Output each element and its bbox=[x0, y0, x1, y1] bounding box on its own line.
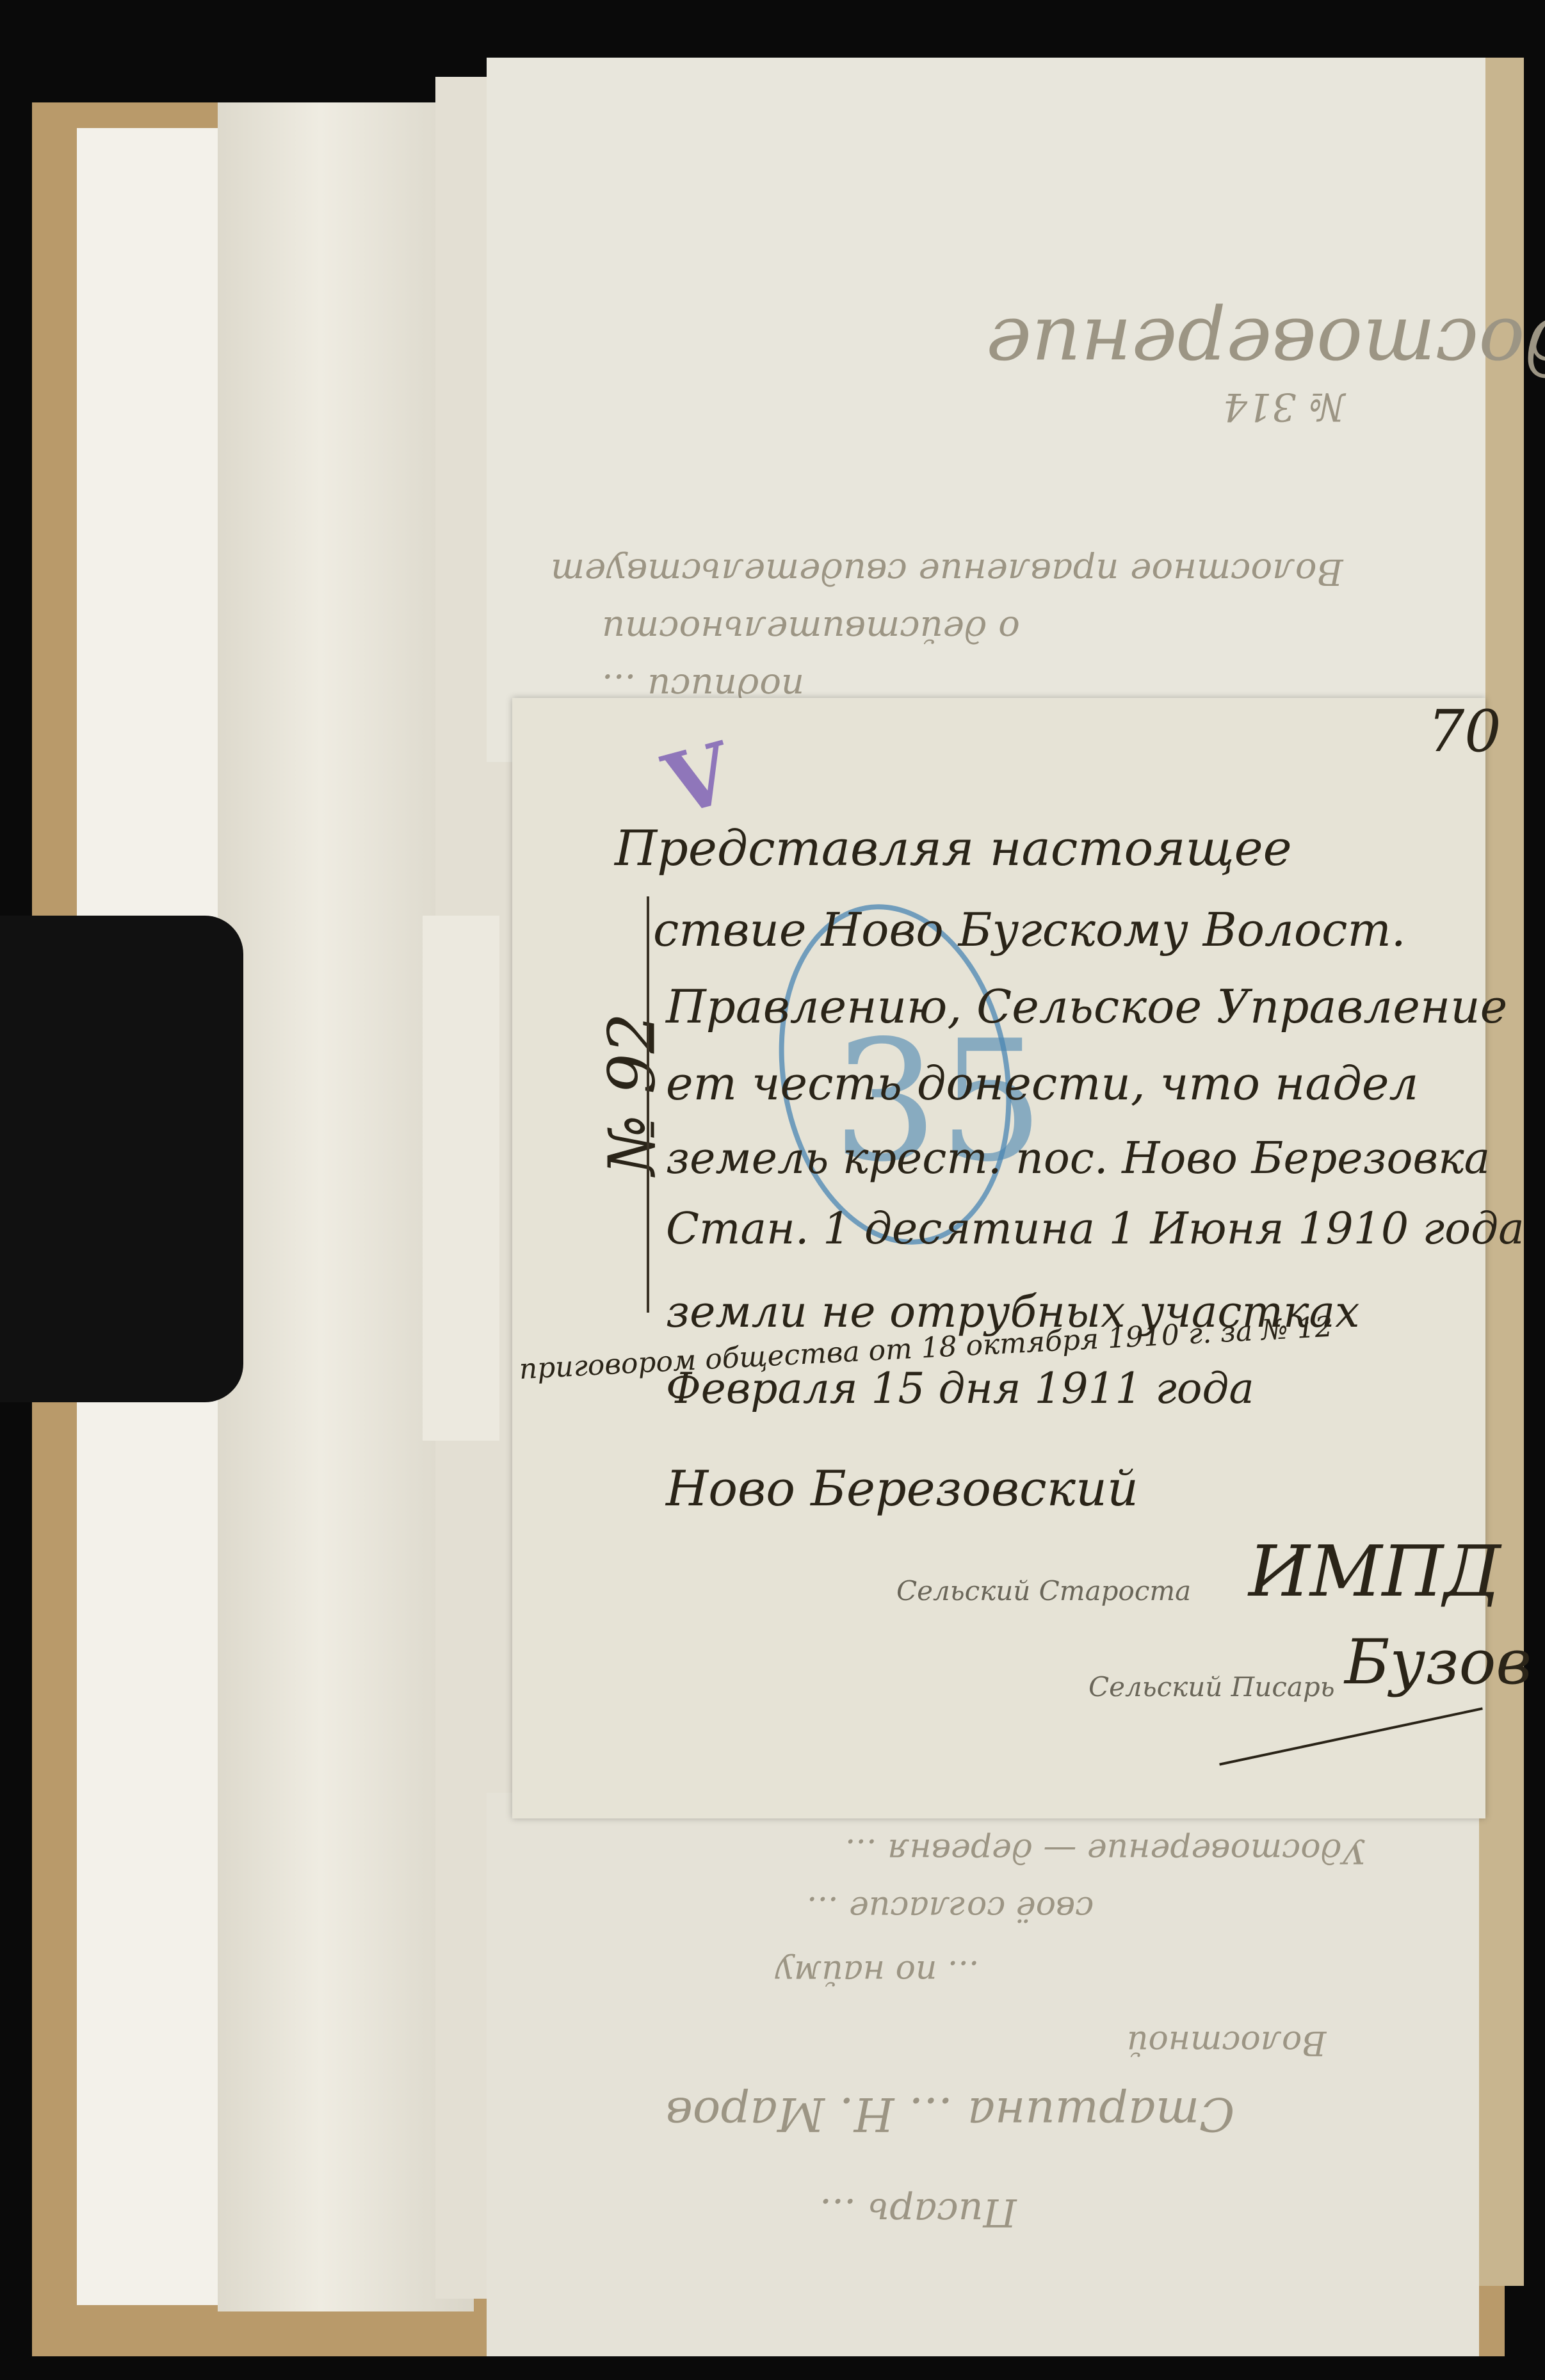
clerk-role-label: Сельский Писарь bbox=[1088, 1671, 1335, 1703]
clerk-signature: Бузов bbox=[1345, 1626, 1532, 1698]
body-line-4: ет честь донести, что надел bbox=[666, 1056, 1418, 1110]
place-name: Ново Березовский bbox=[666, 1460, 1138, 1517]
background-number: № 314 bbox=[1223, 384, 1345, 429]
bottom-line-6: Писарь ... bbox=[820, 2190, 1017, 2235]
background-line-2: о действительности bbox=[602, 608, 1020, 650]
margin-number: № 92 bbox=[594, 1013, 669, 1176]
black-ribbon bbox=[0, 916, 243, 1402]
bottom-line-4: Волостной bbox=[1127, 2023, 1326, 2062]
background-document: Удостоверение № 314 Волостное правление … bbox=[487, 58, 1485, 762]
body-line-3: Правлению, Сельское Управление bbox=[666, 980, 1507, 1033]
bottom-document: Удостоверение — деревня ... своё согласи… bbox=[487, 1793, 1479, 2356]
body-line-2: ствие Ново Бугскому Волост. bbox=[653, 903, 1406, 957]
page-number: 70 bbox=[1428, 698, 1501, 765]
elder-role-label: Сельский Староста bbox=[896, 1575, 1191, 1607]
body-line-6: Стан. 1 десятина 1 Июня 1910 года bbox=[666, 1204, 1525, 1254]
body-line-5: земель крест. пос. Ново Березовка bbox=[666, 1133, 1490, 1184]
background-heading: Удостоверение bbox=[986, 301, 1545, 390]
bottom-line-2: своё согласие ... bbox=[807, 1889, 1094, 1927]
margin-bracket-line bbox=[647, 896, 649, 1313]
signature-flourish bbox=[1219, 1707, 1483, 1765]
bottom-line-1: Удостоверение — деревня ... bbox=[845, 1831, 1366, 1870]
background-line-1: Волостное правление свидетельствует bbox=[551, 551, 1343, 592]
violet-stamp-mark: V bbox=[654, 724, 742, 835]
body-line-9: Февраля 15 дня 1911 года bbox=[666, 1364, 1254, 1413]
elder-signature: ИМПД bbox=[1249, 1530, 1501, 1612]
body-line-1: Представляя настоящее bbox=[615, 820, 1292, 877]
front-note: 70 V 35 № 92 Представляя настоящее ствие… bbox=[512, 698, 1485, 1818]
bottom-line-5: Старшина ... Н. Маров bbox=[666, 2087, 1234, 2141]
lower-sheet bbox=[423, 916, 499, 1441]
bottom-line-3: ... по найму bbox=[775, 1953, 979, 1991]
